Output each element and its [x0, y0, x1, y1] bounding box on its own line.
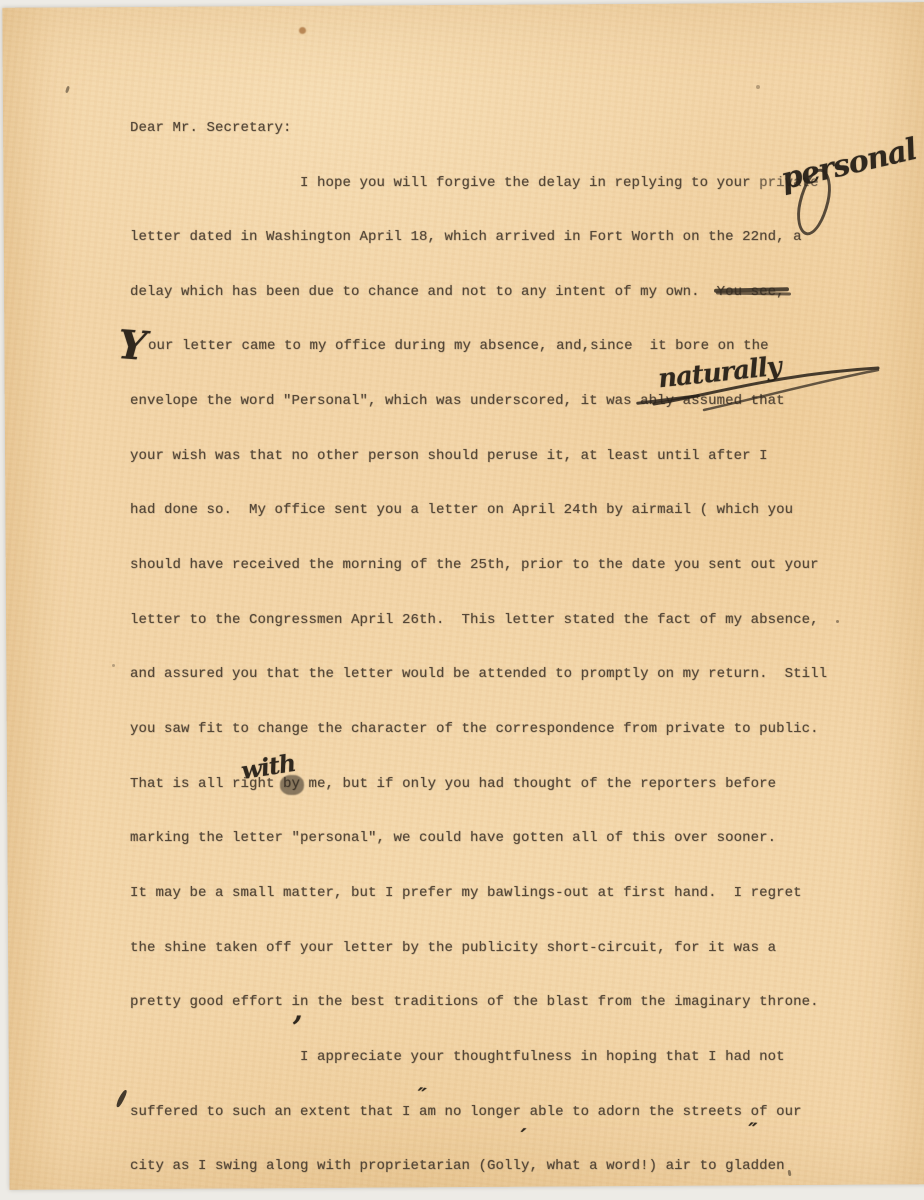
typed-line: I hope you will forgive the delay in rep… — [130, 173, 819, 193]
typed-line: It may be a small matter, but I prefer m… — [130, 883, 802, 903]
handwritten-inserted-comma: , — [293, 994, 302, 1027]
typed-line: our letter came to my office during my a… — [130, 336, 769, 356]
salutation: Dear Mr. Secretary: — [130, 118, 292, 138]
typed-line: That is all right by me, but if only you… — [130, 774, 776, 794]
typed-line: you saw fit to change the character of t… — [130, 719, 819, 739]
handwritten-capital-y: Y — [116, 321, 148, 370]
typed-line: letter dated in Washington April 18, whi… — [130, 227, 802, 247]
typed-line: your wish was that no other person shoul… — [130, 446, 768, 466]
typed-line: and assured you that the letter would be… — [130, 664, 827, 684]
typed-line: had done so. My office sent you a letter… — [130, 500, 793, 520]
typed-line: the shine taken off your letter by the p… — [130, 938, 776, 958]
scan-background: Dear Mr. Secretary: I hope you will forg… — [0, 0, 924, 1200]
typed-line: should have received the morning of the … — [130, 555, 819, 575]
typed-line: suffered to such an extent that I am no … — [130, 1102, 802, 1122]
struck-words-you-see: You see, — [717, 282, 785, 302]
typed-line: pretty good effort in the best tradition… — [130, 992, 819, 1012]
typed-line: marking the letter "personal", we could … — [130, 828, 776, 848]
typed-line: delay which has been due to chance and n… — [130, 282, 785, 302]
typed-line: I appreciate your thoughtfulness in hopi… — [130, 1047, 785, 1067]
typed-line: city as I swing along with proprietarian… — [130, 1156, 785, 1176]
typed-line: letter to the Congressmen April 26th. Th… — [130, 610, 819, 630]
